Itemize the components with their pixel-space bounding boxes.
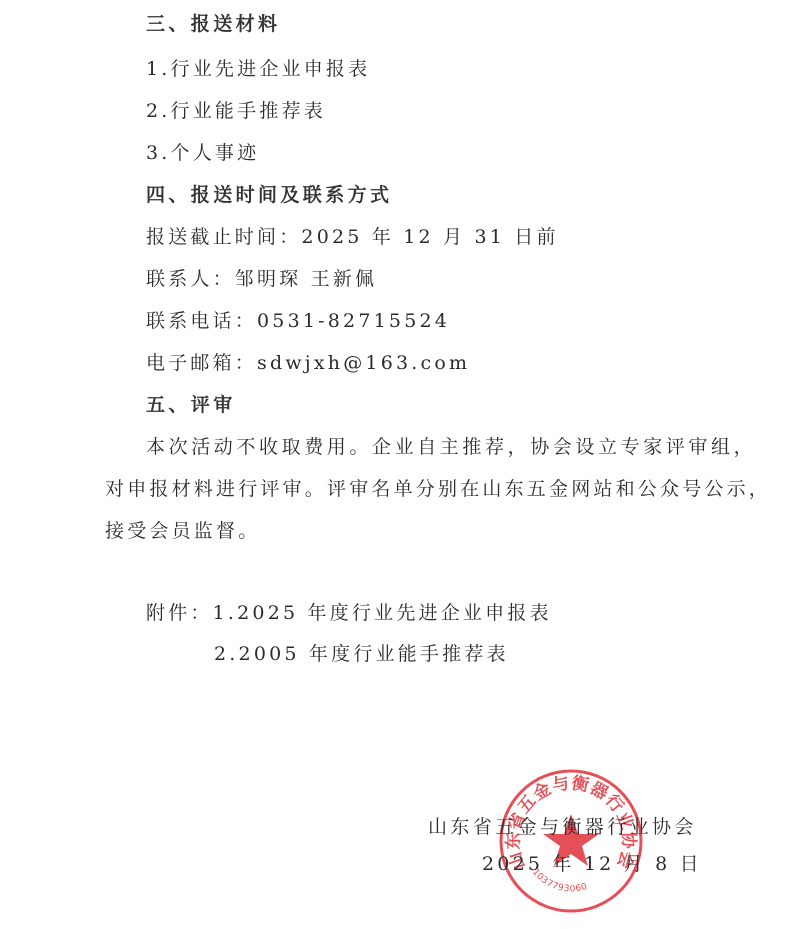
contacts-line: 联系人：邹明琛 王新佩 bbox=[146, 267, 377, 291]
signature-date: 2025 年 12 月 8 日 bbox=[482, 852, 702, 876]
phone-line: 联系电话：0531-82715524 bbox=[146, 309, 450, 333]
attachment-line-1: 附件：1.2025 年度行业先进企业申报表 bbox=[146, 601, 552, 625]
attachment-line-2: 2.2005 年度行业能手推荐表 bbox=[214, 642, 509, 666]
section-5-heading: 五、评审 bbox=[146, 393, 236, 417]
section-3-heading: 三、报送材料 bbox=[146, 12, 280, 36]
review-paragraph-line-2: 对申报材料进行评审。评审名单分别在山东五金网站和公众号公示， bbox=[105, 477, 771, 501]
signature-organization: 山东省五金与衡器行业协会 bbox=[428, 815, 697, 839]
official-seal: 山东省五金与衡器行业协会 01037793060 bbox=[496, 766, 646, 916]
section-4-heading: 四、报送时间及联系方式 bbox=[146, 183, 392, 207]
deadline-line: 报送截止时间：2025 年 12 月 31 日前 bbox=[146, 225, 559, 249]
materials-item-2: 2.行业能手推荐表 bbox=[146, 99, 326, 123]
review-paragraph-line-1: 本次活动不收取费用。企业自主推荐，协会设立专家评审组， bbox=[146, 435, 756, 459]
materials-item-3: 3.个人事迹 bbox=[146, 141, 259, 165]
email-line: 电子邮箱：sdwjxh@163.com bbox=[146, 351, 470, 375]
materials-item-1: 1.行业先进企业申报表 bbox=[146, 57, 370, 81]
review-paragraph-line-3: 接受会员监督。 bbox=[105, 519, 260, 543]
